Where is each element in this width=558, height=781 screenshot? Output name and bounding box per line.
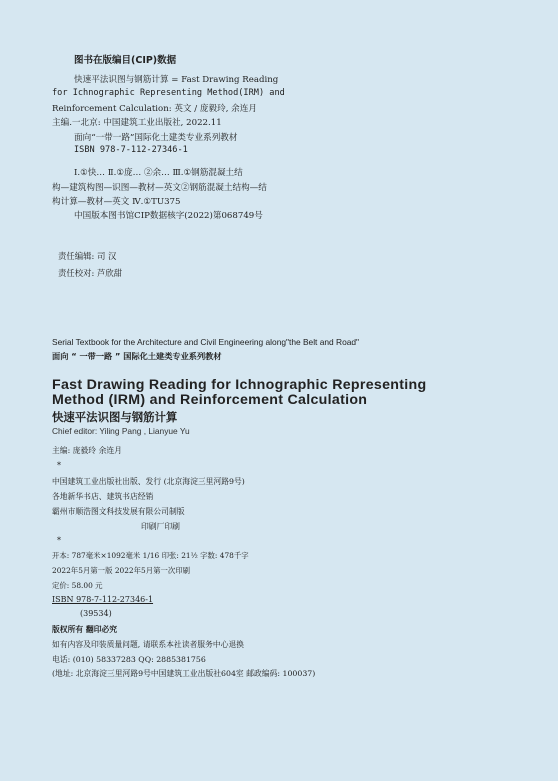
typesetter-line: 霸州市顺浩图文科技发展有限公司制版 xyxy=(52,506,185,517)
cip-isbn: ISBN 978-7-112-27346-1 xyxy=(74,145,188,155)
series-title-english: Serial Textbook for the Architecture and… xyxy=(52,337,359,347)
contact-address: (地址: 北京海淀三里河路9号中国建筑工业出版社604室 邮政编码: 10003… xyxy=(52,668,315,679)
printer-line: 印刷厂印刷 xyxy=(141,521,180,532)
responsible-proofreader: 责任校对: 芦欣甜 xyxy=(58,267,122,279)
cip-number: 中国版本图书馆CIP数据核字(2022)第068749号 xyxy=(74,209,263,221)
cip-line: for Ichnographic Representing Method(IRM… xyxy=(52,88,285,98)
series-title-chinese: 面向 “ 一带一路 ” 国际化土建类专业系列教材 xyxy=(52,351,222,362)
book-code: (39534) xyxy=(80,609,112,618)
book-title-line: Method (IRM) and Reinforcement Calculati… xyxy=(52,393,426,408)
price-line: 定价: 58.00 元 xyxy=(52,580,103,591)
book-title-chinese: 快速平法识图与钢筋计算 xyxy=(52,409,177,425)
cip-line: Reinforcement Calculation: 英文 / 庞毅玲, 余连月 xyxy=(52,102,257,114)
copyright-heading: 版权所有 翻印必究 xyxy=(52,624,117,635)
contact-phone: 电话: (010) 58337283 QQ: 2885381756 xyxy=(52,654,206,665)
cip-line: 主编.一北京: 中国建筑工业出版社, 2022.11 xyxy=(52,116,222,128)
cip-line: 快速平法识图与钢筋计算 = Fast Drawing Reading xyxy=(74,73,278,85)
publisher-line: 中国建筑工业出版社出版、发行 (北京海淀三里河路9号) xyxy=(52,476,245,487)
distributor-line: 各地新华书店、建筑书店经销 xyxy=(52,491,153,502)
responsible-editor: 责任编辑: 司 汉 xyxy=(58,250,116,262)
quality-notice: 如有内容及印装质量问题, 请联系本社读者服务中心退换 xyxy=(52,639,244,650)
format-line: 开本: 787毫米×1092毫米 1/16 印张: 21½ 字数: 478千字 xyxy=(52,550,249,561)
book-title-english: Fast Drawing Reading for Ichnographic Re… xyxy=(52,378,426,408)
cip-heading: 图书在版编目(CIP)数据 xyxy=(74,52,176,66)
isbn-line: ISBN 978-7-112-27346-1 xyxy=(52,595,153,604)
separator-asterisk: * xyxy=(57,536,61,545)
cip-line: 面向“一带一路”国际化土建类专业系列教材 xyxy=(74,131,237,143)
cip-classification: 构—建筑构图—识图—教材—英文②钢筋混凝土结构—结 xyxy=(52,181,267,193)
cip-classification: 构计算—教材—英文 Ⅳ.①TU375 xyxy=(52,195,180,207)
separator-asterisk: * xyxy=(57,461,61,470)
edition-line: 2022年5月第一版 2022年5月第一次印刷 xyxy=(52,565,190,576)
book-title-line: Fast Drawing Reading for Ichnographic Re… xyxy=(52,378,426,393)
chief-editor-english: Chief editor: Yiling Pang , Lianyue Yu xyxy=(52,426,190,436)
cip-classification: Ⅰ.①快… Ⅱ.①庞… ②余… Ⅲ.①钢筋混凝土结 xyxy=(74,166,243,178)
chief-editor-chinese: 主编: 庞毅玲 余连月 xyxy=(52,445,122,456)
